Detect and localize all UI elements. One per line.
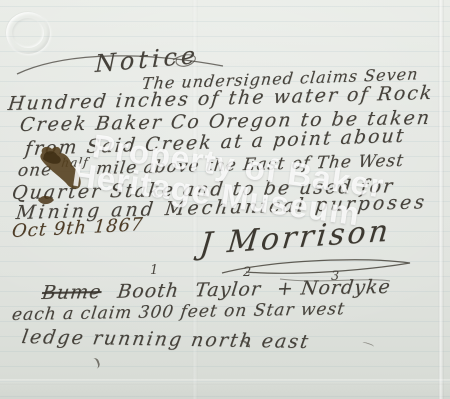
- struck-name: Bume: [41, 281, 103, 304]
- embossed-seal-icon: [6, 12, 50, 54]
- document-scan: Notice The undersigned claims Seven Hund…: [0, 0, 450, 399]
- paper-crease-right: [438, 0, 444, 399]
- claimant-name-2: Taylor: [194, 278, 263, 301]
- paper-crease-bottom: [0, 379, 450, 385]
- stray-ink-mark: [86, 357, 101, 371]
- claims-line-3: ledge running north east: [20, 326, 311, 353]
- stray-ink-mark: [362, 341, 375, 349]
- claimant-name-3: + Nordyke: [276, 276, 392, 300]
- embossed-seal-inner-ring: [12, 18, 44, 48]
- body-line-5-start: one: [17, 160, 54, 181]
- claim-number-1: 1: [150, 263, 158, 278]
- claimant-name-1: Booth: [116, 280, 180, 303]
